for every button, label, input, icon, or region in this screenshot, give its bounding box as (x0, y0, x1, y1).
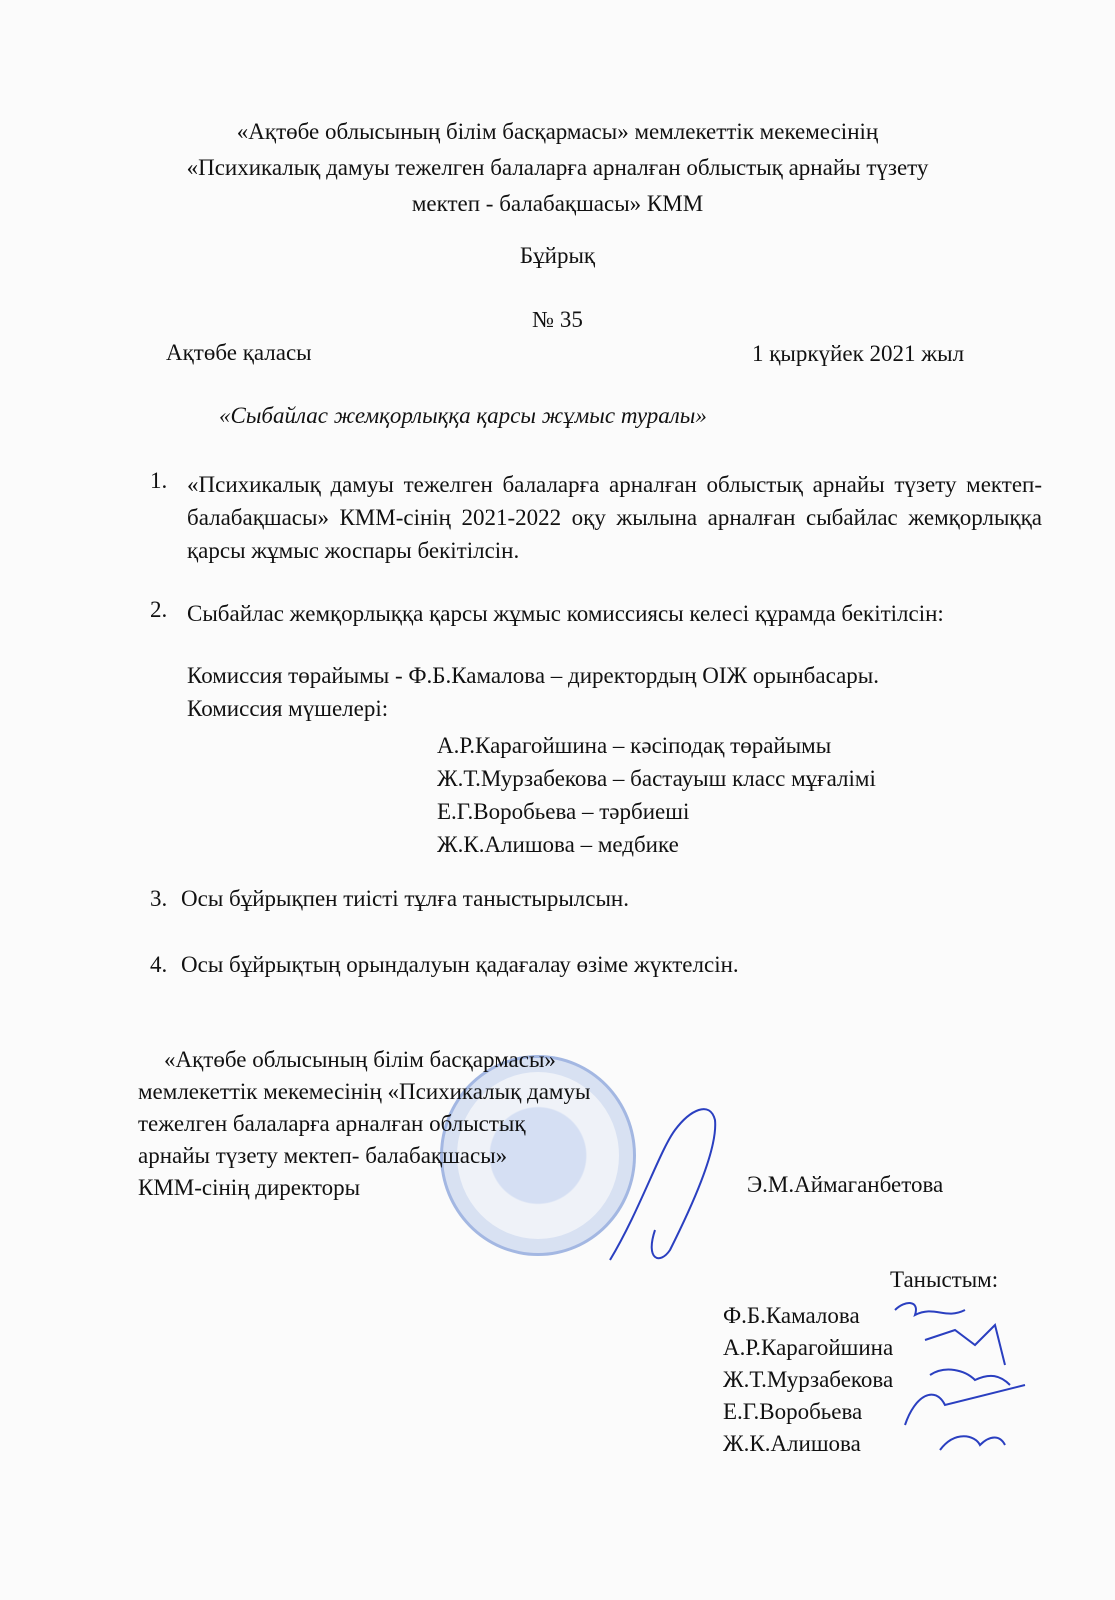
member: Ж.Т.Мурзабекова – бастауыш класс мұғалім… (437, 762, 876, 795)
acknowledged-label: Таныстым: (890, 1267, 998, 1293)
signature-line: мемлекеттік мекемесінің «Психикалық даму… (138, 1076, 590, 1108)
acknowledged-name: Ж.К.Алишова (723, 1428, 893, 1460)
item-4-text: Осы бұйрықтың орындалуын қадағалау өзіме… (181, 952, 739, 978)
item-number: 4. (150, 952, 167, 978)
item-1-text: «Психикалық дамуы тежелген балаларға арн… (187, 468, 1042, 567)
header-line-3: мектеп - балабақшасы» КММ (0, 186, 1115, 222)
item-number: 3. (150, 886, 167, 912)
signature-line: тежелген балаларға арналған облыстық (138, 1108, 590, 1140)
signature-line: КММ-сінің директоры (138, 1172, 590, 1204)
acknowledgement-signatures (885, 1295, 1035, 1465)
director-name: Э.М.Аймаганбетова (747, 1172, 943, 1198)
doc-number: № 35 (0, 307, 1115, 333)
acknowledged-name: Е.Г.Воробьева (723, 1396, 893, 1428)
acknowledged-name: Ф.Б.Камалова (723, 1300, 893, 1332)
signature-line: арнайы түзету мектеп- балабақшасы» (138, 1140, 590, 1172)
member: Е.Г.Воробьева – тәрбиеші (437, 795, 876, 828)
header-line-2: «Психикалық дамуы тежелген балаларға арн… (0, 150, 1115, 186)
header: «Ақтөбе облысының білім басқармасы» мемл… (0, 114, 1115, 222)
commission-members-label: Комиссия мүшелері: (187, 696, 388, 722)
city: Ақтөбе қаласы (166, 340, 312, 366)
item-3-text: Осы бұйрықпен тиісті тұлға таныстырылсын… (181, 886, 629, 912)
subject: «Сыбайлас жемқорлыққа қарсы жұмыс туралы… (219, 403, 707, 429)
item-2-text: Сыбайлас жемқорлыққа қарсы жұмыс комисси… (187, 597, 1042, 630)
signature-line: «Ақтөбе облысының білім басқармасы» (138, 1044, 590, 1076)
acknowledged-name: Ж.Т.Мурзабекова (723, 1364, 893, 1396)
doc-type: Бұйрық (0, 243, 1115, 269)
member: А.Р.Карагойшина – кәсіподақ төрайымы (437, 729, 876, 762)
acknowledged-name: А.Р.Карагойшина (723, 1332, 893, 1364)
director-signature (600, 1090, 730, 1270)
acknowledged-list: Ф.Б.Камалова А.Р.Карагойшина Ж.Т.Мурзабе… (723, 1300, 893, 1460)
date: 1 қыркүйек 2021 жыл (752, 341, 964, 367)
header-line-1: «Ақтөбе облысының білім басқармасы» мемл… (0, 114, 1115, 150)
item-number: 2. (150, 597, 167, 623)
signature-block: «Ақтөбе облысының білім басқармасы» мемл… (138, 1044, 590, 1204)
commission-chair: Комиссия төрайымы - Ф.Б.Камалова – дирек… (187, 663, 879, 689)
commission-members: А.Р.Карагойшина – кәсіподақ төрайымы Ж.Т… (437, 729, 876, 861)
member: Ж.К.Алишова – медбике (437, 828, 876, 861)
item-number: 1. (150, 468, 167, 494)
